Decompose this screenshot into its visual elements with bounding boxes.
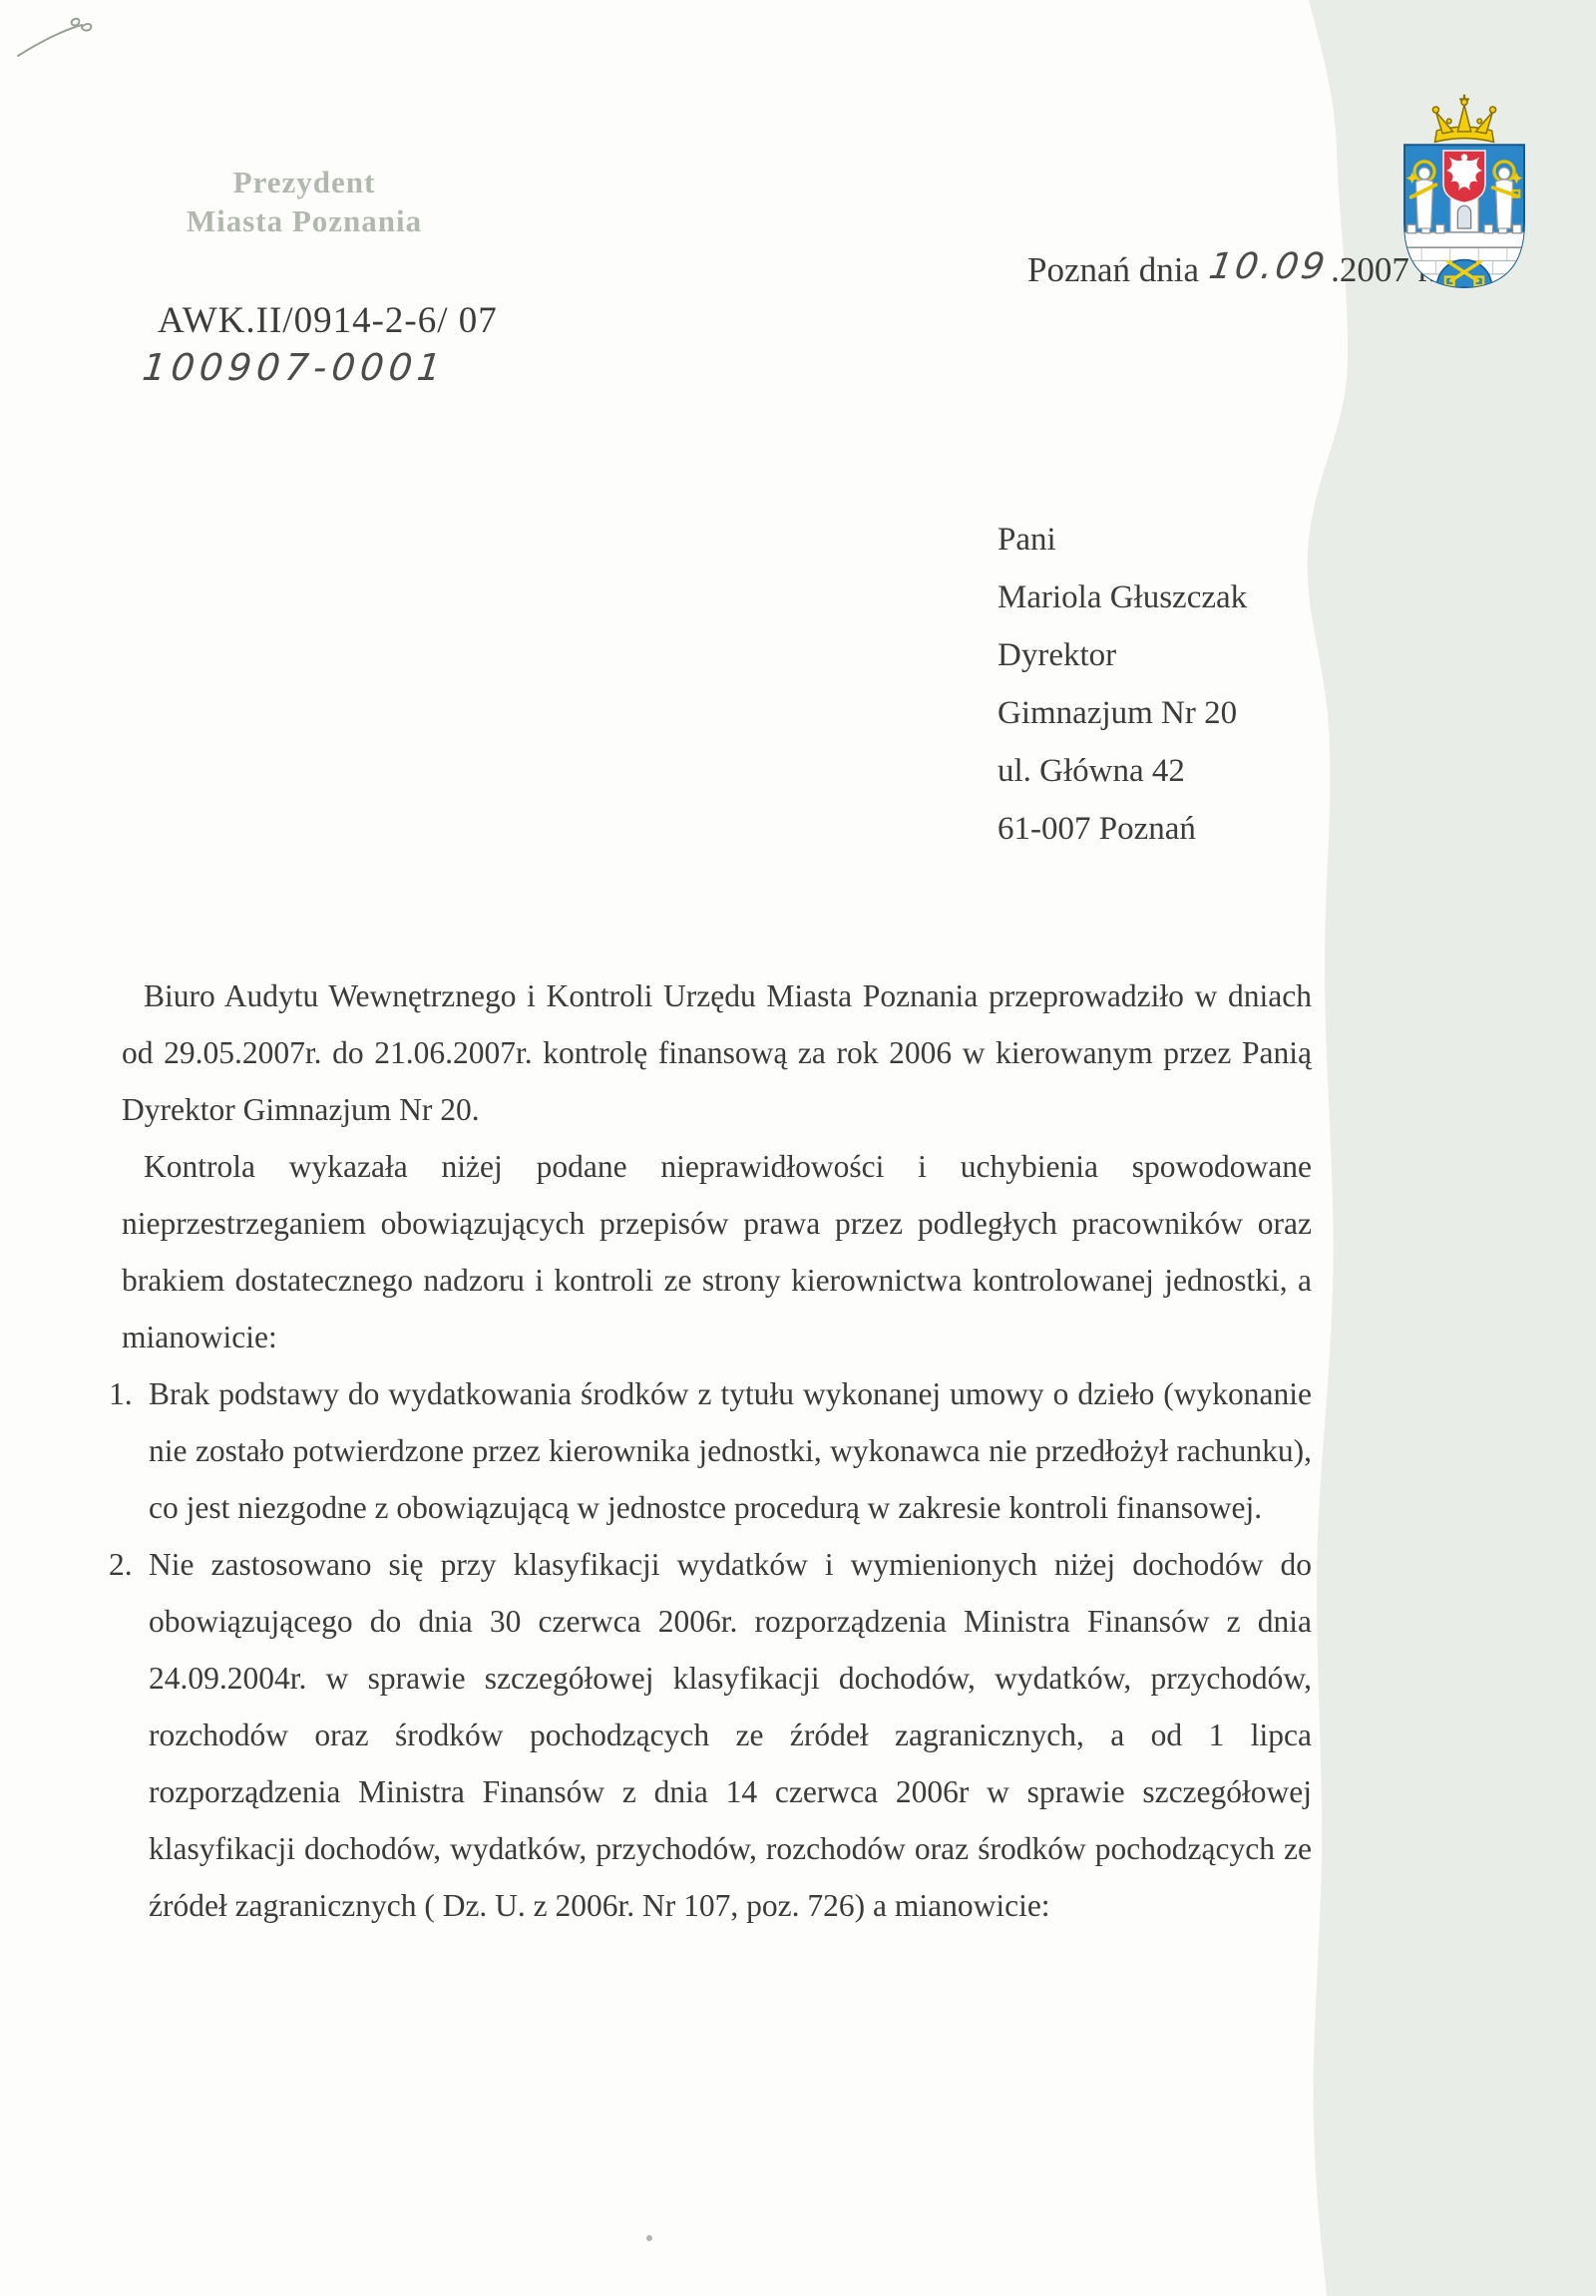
scanned-letter-page: Prezydent Miasta Poznania AWK.II/0914-2-… — [0, 0, 1596, 2296]
handwritten-date: 10.09 — [1206, 246, 1331, 287]
crown — [1432, 95, 1495, 143]
scan-speck-artifact — [646, 2235, 652, 2241]
letterhead: Prezydent Miasta Poznania — [140, 163, 469, 240]
addressee-block: Pani Mariola Głuszczak Dyrektor Gimnazju… — [997, 511, 1247, 858]
numbered-item-1: 1. Brak podstawy do wydatkowania środków… — [105, 1365, 1312, 1536]
poznan-coat-of-arms-icon — [1391, 90, 1538, 289]
handwritten-reference-number: 100907-0001 — [141, 346, 448, 389]
addressee-street: ul. Główna 42 — [997, 742, 1247, 800]
body-paragraph-2: Kontrola wykazała niżej podane nieprawid… — [122, 1138, 1312, 1365]
addressee-city: 61-007 Poznań — [997, 800, 1247, 858]
date-line: Poznań dnia10.09.2007 r. — [1027, 249, 1436, 290]
letterhead-line1: Prezydent — [140, 163, 469, 201]
reference-number: AWK.II/0914-2-6/ 07 — [158, 299, 498, 342]
letterhead-line2: Miasta Poznania — [140, 201, 469, 240]
date-prefix: Poznań dnia — [1027, 250, 1199, 289]
item-number: 2. — [109, 1536, 149, 1934]
body-paragraph-1: Biuro Audytu Wewnętrznego i Kontroli Urz… — [122, 967, 1312, 1138]
item-number: 1. — [109, 1365, 149, 1536]
pen-scribble-mark — [12, 8, 112, 68]
item-text: Brak podstawy do wydatkowania środków z … — [149, 1365, 1312, 1536]
addressee-name: Mariola Głuszczak — [997, 569, 1247, 626]
numbered-item-2: 2. Nie zastosowano się przy klasyfikacji… — [105, 1536, 1312, 1934]
addressee-salutation: Pani — [997, 511, 1247, 569]
addressee-institution: Gimnazjum Nr 20 — [997, 684, 1247, 742]
item-text: Nie zastosowano się przy klasyfikacji wy… — [149, 1536, 1312, 1934]
letter-body: Biuro Audytu Wewnętrznego i Kontroli Urz… — [105, 967, 1312, 1934]
addressee-title: Dyrektor — [997, 626, 1247, 684]
